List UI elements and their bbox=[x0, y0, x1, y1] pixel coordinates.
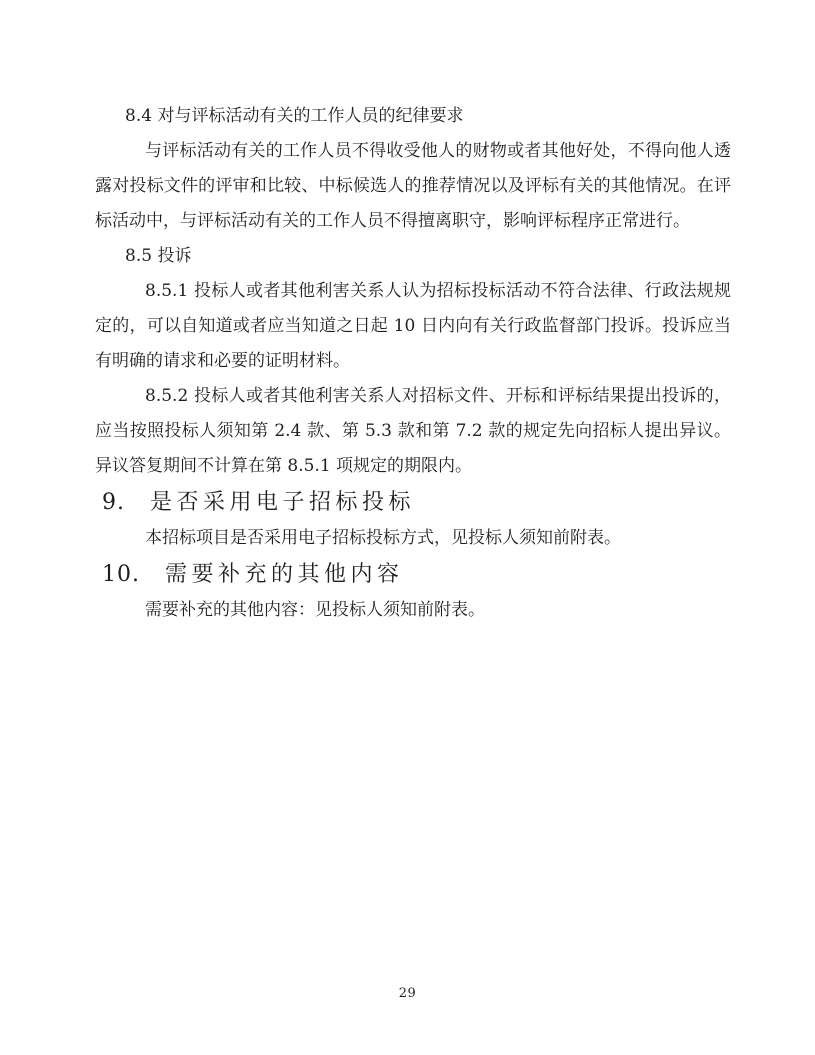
paragraph-evaluation-discipline: 与评标活动有关的工作人员不得收受他人的财物或者其他好处，不得向他人透露对投标文件… bbox=[95, 134, 731, 239]
paragraph-electronic-bidding: 本招标项目是否采用电子招标投标方式，见投标人须知前附表。 bbox=[95, 521, 731, 556]
paragraph-complaint-8-5-1: 8.5.1 投标人或者其他利害关系人认为招标投标活动不符合法律、行政法规规定的，… bbox=[95, 274, 731, 379]
paragraph-supplementary-content: 需要补充的其他内容：见投标人须知前附表。 bbox=[95, 593, 731, 628]
paragraph-complaint-8-5-2: 8.5.2 投标人或者其他利害关系人对招标文件、开标和评标结果提出投诉的，应当按… bbox=[95, 379, 731, 484]
document-page: 8.4 对与评标活动有关的工作人员的纪律要求 与评标活动有关的工作人员不得收受他… bbox=[0, 0, 815, 1055]
chapter-9-title: 是否采用电子招标投标 bbox=[150, 490, 415, 515]
chapter-heading-9: 9. 是否采用电子招标投标 bbox=[95, 484, 731, 521]
chapter-heading-10: 10. 需要补充的其他内容 bbox=[95, 556, 731, 593]
page-number: 29 bbox=[399, 986, 417, 1001]
document-body: 8.4 对与评标活动有关的工作人员的纪律要求 与评标活动有关的工作人员不得收受他… bbox=[95, 99, 731, 628]
chapter-10-number: 10. bbox=[102, 562, 140, 587]
page-footer: 29 bbox=[0, 982, 815, 1001]
section-heading-8-4: 8.4 对与评标活动有关的工作人员的纪律要求 bbox=[95, 99, 731, 134]
chapter-10-title: 需要补充的其他内容 bbox=[165, 562, 404, 587]
section-heading-8-5: 8.5 投诉 bbox=[95, 239, 731, 274]
chapter-9-number: 9. bbox=[102, 490, 125, 515]
